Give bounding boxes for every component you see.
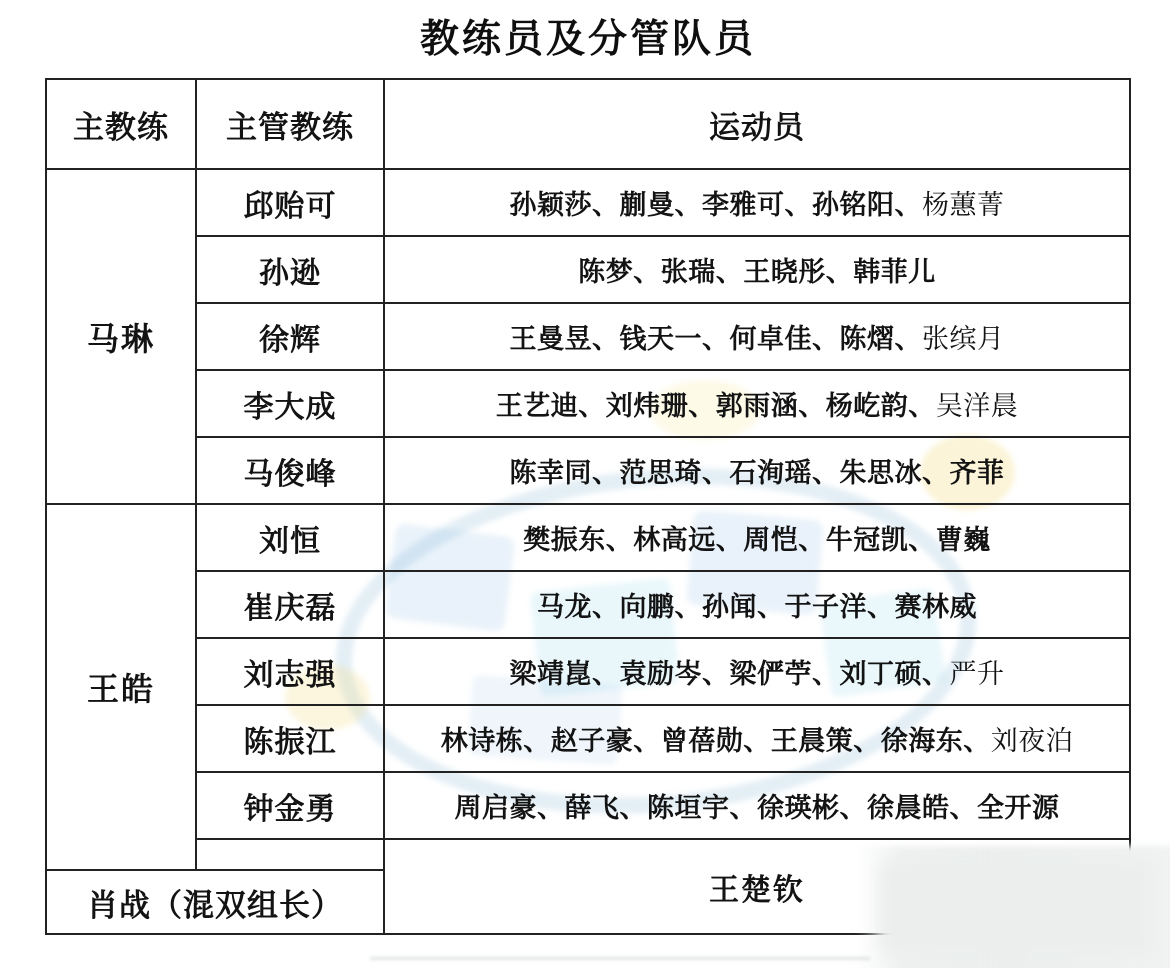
erased-watermark-patch-core (880, 860, 1150, 955)
player-name: 全开源 (977, 793, 1060, 823)
header-row: 主教练 主管教练 运动员 (46, 79, 1130, 169)
player-name: 严升 (950, 659, 1005, 689)
page-title: 教练员及分管队员 (45, 8, 1131, 64)
col-header-athletes: 运动员 (384, 79, 1130, 169)
player-name: 陈熠、 (840, 324, 923, 354)
player-name: 徐海东、 (881, 726, 991, 756)
table-row: 钟金勇周启豪、薛飞、陈垣宇、徐瑛彬、徐晨皓、全开源 (46, 772, 1130, 839)
player-name: 孙铭阳、 (812, 190, 922, 220)
player-name: 刘夜泊 (991, 726, 1074, 756)
player-name: 周启豪、 (455, 793, 565, 823)
managing-coach-cell: 邱贻可 (196, 169, 384, 236)
player-name: 王晨策、 (771, 726, 881, 756)
managing-coach-cell: 钟金勇 (196, 772, 384, 839)
player-name: 徐瑛彬、 (757, 793, 867, 823)
player-name: 韩菲儿 (853, 257, 936, 287)
player-name: 郭雨涵、 (716, 391, 826, 421)
player-name: 孙闻、 (702, 592, 785, 622)
player-name: 石洵瑶、 (730, 458, 840, 488)
athletes-cell: 马龙、向鹏、孙闻、于子洋、赛林威 (384, 571, 1130, 638)
player-name: 刘炜珊、 (606, 391, 716, 421)
player-name: 陈幸同、 (510, 458, 620, 488)
mixed-doubles-leader-cell: 肖战（混双组长） (46, 870, 384, 934)
player-name: 蒯曼、 (620, 190, 703, 220)
player-name: 李雅可、 (702, 190, 812, 220)
player-name: 周恺、 (743, 525, 826, 555)
player-name: 王晓彤、 (743, 257, 853, 287)
coach-table: 主教练 主管教练 运动员 马琳邱贻可孙颖莎、蒯曼、李雅可、孙铭阳、杨蕙菁孙逊陈梦… (45, 78, 1131, 935)
player-name: 杨屹韵、 (826, 391, 936, 421)
player-name: 张瑞、 (661, 257, 744, 287)
player-name: 林高远、 (633, 525, 743, 555)
managing-coach-cell: 孙逊 (196, 236, 384, 303)
table-row: 王皓刘恒樊振东、林高远、周恺、牛冠凯、曹巍 (46, 504, 1130, 571)
faded-border-remnant (370, 957, 870, 960)
head-coach-cell: 王皓 (46, 504, 196, 870)
player-name: 袁励岑、 (620, 659, 730, 689)
player-name: 齐菲 (950, 458, 1005, 488)
player-name: 赵子豪、 (551, 726, 661, 756)
player-name: 曾蓓勋、 (661, 726, 771, 756)
managing-coach-cell: 徐辉 (196, 303, 384, 370)
managing-coach-cell: 陈振江 (196, 705, 384, 772)
player-name: 范思琦、 (620, 458, 730, 488)
empty-cell (196, 839, 384, 870)
player-name: 牛冠凯、 (826, 525, 936, 555)
player-name: 吴洋晨 (936, 391, 1019, 421)
athletes-cell: 梁靖崑、袁励岑、梁俨苧、刘丁硕、严升 (384, 638, 1130, 705)
table-row: 陈振江林诗栋、赵子豪、曾蓓勋、王晨策、徐海东、刘夜泊 (46, 705, 1130, 772)
athletes-cell: 孙颖莎、蒯曼、李雅可、孙铭阳、杨蕙菁 (384, 169, 1130, 236)
player-name: 朱思冰、 (840, 458, 950, 488)
player-name: 樊振东、 (523, 525, 633, 555)
athletes-cell: 周启豪、薛飞、陈垣宇、徐瑛彬、徐晨皓、全开源 (384, 772, 1130, 839)
player-name: 王曼昱、 (510, 324, 620, 354)
col-header-head-coach: 主教练 (46, 79, 196, 169)
player-name: 陈梦、 (578, 257, 661, 287)
athletes-cell: 陈幸同、范思琦、石洵瑶、朱思冰、齐菲 (384, 437, 1130, 504)
athletes-cell: 王艺迪、刘炜珊、郭雨涵、杨屹韵、吴洋晨 (384, 370, 1130, 437)
athletes-cell: 樊振东、林高远、周恺、牛冠凯、曹巍 (384, 504, 1130, 571)
managing-coach-cell: 崔庆磊 (196, 571, 384, 638)
table-row: 崔庆磊马龙、向鹏、孙闻、于子洋、赛林威 (46, 571, 1130, 638)
table-row: 李大成王艺迪、刘炜珊、郭雨涵、杨屹韵、吴洋晨 (46, 370, 1130, 437)
player-name: 刘丁硕、 (840, 659, 950, 689)
player-name: 孙颖莎、 (510, 190, 620, 220)
table-row: 马俊峰陈幸同、范思琦、石洵瑶、朱思冰、齐菲 (46, 437, 1130, 504)
coach-table-body: 马琳邱贻可孙颖莎、蒯曼、李雅可、孙铭阳、杨蕙菁孙逊陈梦、张瑞、王晓彤、韩菲儿徐辉… (46, 169, 1130, 934)
player-name: 钱天一、 (620, 324, 730, 354)
player-name: 徐晨皓、 (867, 793, 977, 823)
athletes-cell: 王曼昱、钱天一、何卓佳、陈熠、张缤月 (384, 303, 1130, 370)
athletes-cell: 林诗栋、赵子豪、曾蓓勋、王晨策、徐海东、刘夜泊 (384, 705, 1130, 772)
player-name: 于子洋、 (785, 592, 895, 622)
table-row: 徐辉王曼昱、钱天一、何卓佳、陈熠、张缤月 (46, 303, 1130, 370)
player-name: 林诗栋、 (441, 726, 551, 756)
player-name: 向鹏、 (620, 592, 703, 622)
athletes-cell: 陈梦、张瑞、王晓彤、韩菲儿 (384, 236, 1130, 303)
table-row: 孙逊陈梦、张瑞、王晓彤、韩菲儿 (46, 236, 1130, 303)
player-name: 陈垣宇、 (647, 793, 757, 823)
player-name: 杨蕙菁 (922, 190, 1005, 220)
col-header-managing-coach: 主管教练 (196, 79, 384, 169)
player-name: 梁俨苧、 (730, 659, 840, 689)
head-coach-cell: 马琳 (46, 169, 196, 504)
player-name: 王艺迪、 (496, 391, 606, 421)
player-name: 赛林威 (895, 592, 978, 622)
player-name: 张缤月 (922, 324, 1005, 354)
table-row: 马琳邱贻可孙颖莎、蒯曼、李雅可、孙铭阳、杨蕙菁 (46, 169, 1130, 236)
player-name: 何卓佳、 (730, 324, 840, 354)
managing-coach-cell: 刘恒 (196, 504, 384, 571)
managing-coach-cell: 刘志强 (196, 638, 384, 705)
managing-coach-cell: 马俊峰 (196, 437, 384, 504)
player-name: 薛飞、 (565, 793, 648, 823)
table-row: 刘志强梁靖崑、袁励岑、梁俨苧、刘丁硕、严升 (46, 638, 1130, 705)
managing-coach-cell: 李大成 (196, 370, 384, 437)
player-name: 马龙、 (537, 592, 620, 622)
player-name: 曹巍 (936, 525, 991, 555)
player-name: 梁靖崑、 (510, 659, 620, 689)
